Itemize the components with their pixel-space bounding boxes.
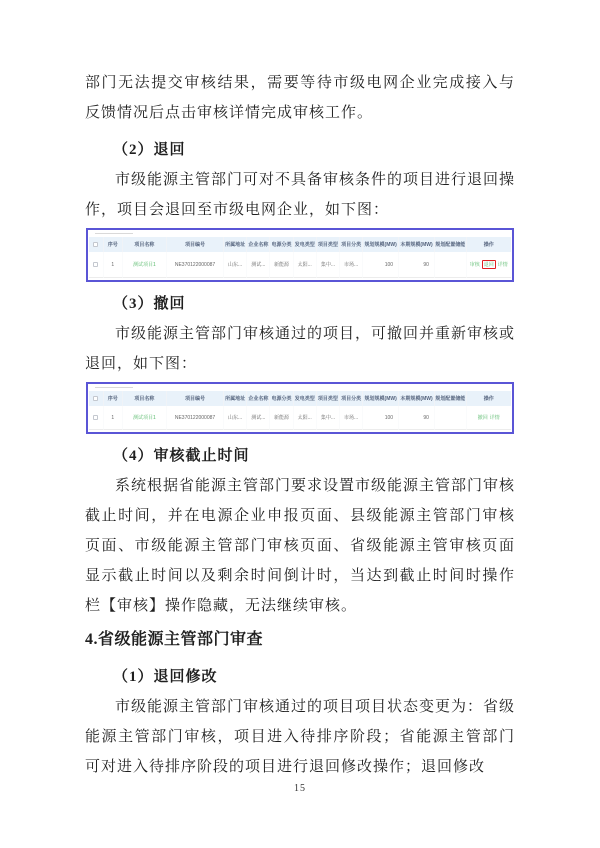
- cell-power-category: 新能源: [270, 406, 293, 430]
- screenshot-crop-fragment: [95, 233, 133, 234]
- cell-company: 测试...: [247, 252, 270, 278]
- column-header: 序号: [104, 237, 123, 252]
- cell-generation-type: 太阳...: [294, 406, 317, 430]
- column-header: 所属地址: [224, 237, 247, 252]
- cell-company: 测试...: [247, 406, 270, 430]
- cell-current-scale: 90: [399, 406, 435, 430]
- project-table-return: 序号 项目名称 项目编号 所属地址 企业名称 电源分类 发电类型 项目类型 项目…: [89, 237, 511, 278]
- cell-storage-config: [435, 406, 467, 430]
- column-header: 企业名称: [247, 237, 270, 252]
- paragraph-deadline-description: 系统根据省能源主管部门要求设置市级能源主管部门审核截止时间，并在电源企业申报页面…: [85, 471, 515, 621]
- column-header: 项目分类: [340, 237, 363, 252]
- table-row: 1 测试项目1 NE370122000087 山东... 测试... 新能源 太…: [89, 406, 511, 430]
- paragraph-return-description: 市级能源主管部门可对不具备审核条件的项目进行退回操作，项目会退回至市级电网企业，…: [85, 165, 515, 225]
- cell-planned-scale: 100: [363, 252, 399, 278]
- action-return-link-highlighted: 退回: [482, 260, 496, 269]
- cell-actions: 审核 退回 详情: [467, 252, 511, 278]
- row-checkbox: [89, 252, 104, 278]
- paragraph-withdraw-description: 市级能源主管部门审核通过的项目，可撤回并重新审核或退回，如下图：: [85, 319, 515, 379]
- column-header: 发电类型: [294, 391, 317, 406]
- action-detail-link: 详情: [490, 414, 500, 421]
- column-header: 企业名称: [247, 391, 270, 406]
- cell-address: 山东...: [224, 252, 247, 278]
- table-row: 1 测试项目1 NE370122000087 山东... 测试... 新能源 太…: [89, 252, 511, 278]
- cell-planned-scale: 100: [363, 406, 399, 430]
- column-header: 规划配置储能: [435, 237, 467, 252]
- cell-project-name: 测试项目1: [123, 406, 167, 430]
- column-header: 电源分类: [270, 391, 293, 406]
- cell-current-scale: 90: [399, 252, 435, 278]
- heading-return-modify: （1）退回修改: [85, 662, 515, 692]
- page-number: 15: [0, 783, 600, 794]
- document-content: 部门无法提交审核结果，需要等待市级电网企业完成接入与反馈情况后点击审核详情完成审…: [85, 68, 515, 782]
- cell-project-type: 集中...: [317, 252, 340, 278]
- column-header: 规划规模(MW): [363, 237, 399, 252]
- column-header: 项目分类: [340, 391, 363, 406]
- action-detail-link: 详情: [498, 261, 508, 268]
- cell-project-category: 市场...: [340, 252, 363, 278]
- column-header: 操作: [467, 237, 511, 252]
- cell-address: 山东...: [224, 406, 247, 430]
- column-header: 项目名称: [123, 391, 167, 406]
- cell-seq: 1: [104, 252, 123, 278]
- checkbox-icon: [93, 262, 98, 267]
- document-page: 部门无法提交审核结果，需要等待市级电网企业完成接入与反馈情况后点击审核详情完成审…: [0, 0, 600, 848]
- column-header: 规划配置储能: [435, 391, 467, 406]
- cell-project-category: 市场...: [340, 406, 363, 430]
- table-header-row: 序号 项目名称 项目编号 所属地址 企业名称 电源分类 发电类型 项目类型 项目…: [89, 237, 511, 252]
- column-header: 操作: [467, 391, 511, 406]
- paragraph-review-wait: 部门无法提交审核结果，需要等待市级电网企业完成接入与反馈情况后点击审核详情完成审…: [85, 68, 515, 128]
- action-review-link: 审核: [470, 261, 480, 268]
- column-header: 电源分类: [270, 237, 293, 252]
- cell-project-code: NE370122000087: [167, 406, 224, 430]
- heading-withdraw: （3）撤回: [85, 289, 515, 319]
- cell-project-name: 测试项目1: [123, 252, 167, 278]
- cell-project-code: NE370122000087: [167, 252, 224, 278]
- cell-storage-config: [435, 252, 467, 278]
- column-header: 规划规模(MW): [363, 391, 399, 406]
- select-all-checkbox: [89, 391, 104, 406]
- column-header: 所属地址: [224, 391, 247, 406]
- paragraph-return-modify-description: 市级能源主管部门审核通过的项目项目状态变更为：省级能源主管部门审核，项目进入待排…: [85, 692, 515, 782]
- project-table-withdraw: 序号 项目名称 项目编号 所属地址 企业名称 电源分类 发电类型 项目类型 项目…: [89, 391, 511, 430]
- cell-actions: 撤回 详情: [467, 406, 511, 430]
- cell-project-type: 集中...: [317, 406, 340, 430]
- cell-generation-type: 太阳...: [294, 252, 317, 278]
- cell-seq: 1: [104, 406, 123, 430]
- select-all-checkbox: [89, 237, 104, 252]
- row-checkbox: [89, 406, 104, 430]
- column-header: 项目类型: [317, 391, 340, 406]
- column-header: 项目编号: [167, 391, 224, 406]
- column-header: 本期规模(MW): [399, 237, 435, 252]
- table-header-row: 序号 项目名称 项目编号 所属地址 企业名称 电源分类 发电类型 项目类型 项目…: [89, 391, 511, 406]
- column-header: 发电类型: [294, 237, 317, 252]
- checkbox-icon: [93, 396, 98, 401]
- heading-review-deadline: （4）审核截止时间: [85, 441, 515, 471]
- heading-provincial-review: 4.省级能源主管部门审查: [85, 625, 515, 655]
- cell-power-category: 新能源: [270, 252, 293, 278]
- column-header: 项目编号: [167, 237, 224, 252]
- column-header: 项目名称: [123, 237, 167, 252]
- heading-return: （2）退回: [85, 135, 515, 165]
- screenshot-crop-fragment: [95, 387, 133, 388]
- checkbox-icon: [93, 415, 98, 420]
- action-withdraw-link: 撤回: [478, 414, 488, 421]
- screenshot-withdraw-table: 序号 项目名称 项目编号 所属地址 企业名称 电源分类 发电类型 项目类型 项目…: [86, 382, 514, 434]
- column-header: 序号: [104, 391, 123, 406]
- column-header: 本期规模(MW): [399, 391, 435, 406]
- column-header: 项目类型: [317, 237, 340, 252]
- screenshot-return-table: 序号 项目名称 项目编号 所属地址 企业名称 电源分类 发电类型 项目类型 项目…: [86, 228, 514, 282]
- checkbox-icon: [93, 242, 98, 247]
